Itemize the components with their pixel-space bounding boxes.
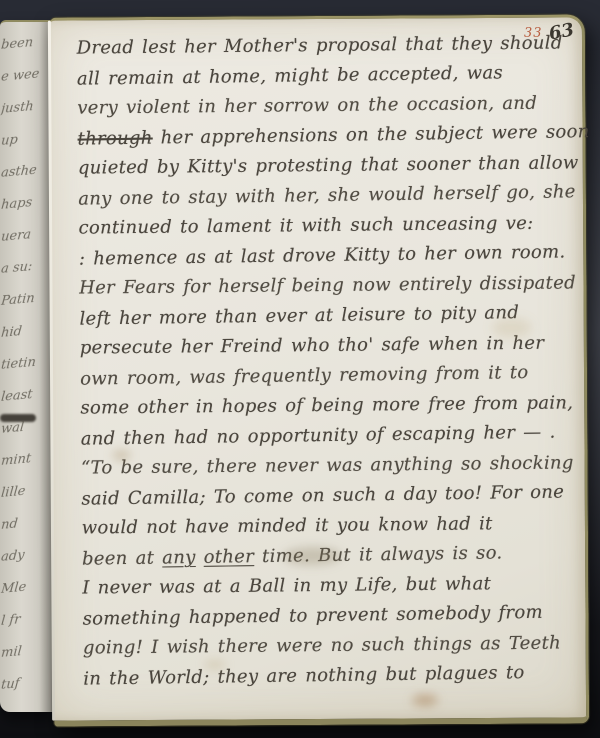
facing-page-text-fragment: Patin xyxy=(0,290,47,309)
manuscript-page: 33 63 Dread lest her Mother's proposal t… xyxy=(50,14,589,726)
manuscript-word-underline: other xyxy=(204,546,255,568)
manuscript-word-underline: any xyxy=(162,547,196,568)
manuscript-text: all remain at home, might be accepted, w… xyxy=(77,62,503,89)
manuscript-text: : hemence as at last drove Kitty to her … xyxy=(79,241,566,269)
facing-page-text-fragment: tuf xyxy=(0,674,47,693)
facing-page-text-fragment: mil xyxy=(0,642,47,661)
manuscript-text: any one to stay with her, she would hers… xyxy=(78,181,576,209)
facing-page-text-fragment: l fr xyxy=(0,610,47,629)
manuscript-text: very violent in her sorrow on the occasi… xyxy=(77,93,537,119)
manuscript-text: going! I wish there were no such things … xyxy=(83,633,561,659)
manuscript-text: quieted by Kitty's protesting that soone… xyxy=(78,152,579,178)
paper-stain xyxy=(412,694,438,706)
facing-page-text-fragment: nd xyxy=(0,514,47,533)
facing-page-text-fragment: ady xyxy=(0,546,47,565)
manuscript-word-strike: through xyxy=(77,128,152,150)
manuscript-text: left her more than ever at leisure to pi… xyxy=(79,302,519,330)
handwritten-text: Dread lest her Mother's proposal that th… xyxy=(76,28,583,693)
facing-page-text-fragment: Mle xyxy=(0,578,47,597)
manuscript-text: Her Fears for herself being now entirely… xyxy=(79,272,576,298)
paper-stain xyxy=(112,450,130,460)
facing-page-text-fragment: haps xyxy=(0,194,47,213)
manuscript-text: been at xyxy=(82,547,163,569)
facing-page-text-fragment: a su: xyxy=(0,258,47,277)
facing-page-text-fragment: least xyxy=(0,386,47,405)
manuscript-text: continued to lament it with such unceasi… xyxy=(78,213,533,239)
manuscript-text: in the World; they are nothing but plagu… xyxy=(83,662,525,690)
manuscript-text: own room, was frequently removing from i… xyxy=(80,362,529,390)
manuscript-text: some other in hopes of being more free f… xyxy=(80,392,573,418)
manuscript-text: something happened to prevent somebody f… xyxy=(82,602,543,630)
facing-page-text-fragment: asthe xyxy=(0,162,47,181)
manuscript-text: Dread lest her Mother's proposal that th… xyxy=(77,32,563,58)
facing-page-text-fragment: wal xyxy=(0,418,47,437)
manuscript-photo: { "page": { "folio_pencil": "33", "folio… xyxy=(0,0,600,738)
manuscript-line: in the World; they are nothing but plagu… xyxy=(83,657,583,694)
manuscript-text: said Camilla; To come on such a day too!… xyxy=(81,481,564,509)
facing-page-text-fragment: mint xyxy=(0,450,47,469)
facing-page-text-fragment: lille xyxy=(0,482,47,501)
facing-page-text-fragment: hid xyxy=(0,322,47,341)
manuscript-text: “To be sure, there never was anything so… xyxy=(81,452,574,478)
facing-page-text-fragment: been xyxy=(0,34,47,53)
facing-page-text-fragment: uera xyxy=(0,226,47,245)
facing-page-text-fragment: tietin xyxy=(0,354,47,373)
facing-page-text-fragment: e wee xyxy=(0,66,47,85)
manuscript-text: and then had no opportunity of escaping … xyxy=(81,422,556,450)
facing-page-text-fragment: justh xyxy=(0,98,47,117)
manuscript-text: her apprehensions on the subject were so… xyxy=(153,121,590,148)
manuscript-text: persecute her Freind who tho' safe when … xyxy=(80,333,545,359)
facing-page-text-fragment: up xyxy=(0,130,47,149)
manuscript-text: would not have minded it you know had it xyxy=(82,513,493,538)
manuscript-text: I never was at a Ball in my Life, but wh… xyxy=(82,573,491,598)
